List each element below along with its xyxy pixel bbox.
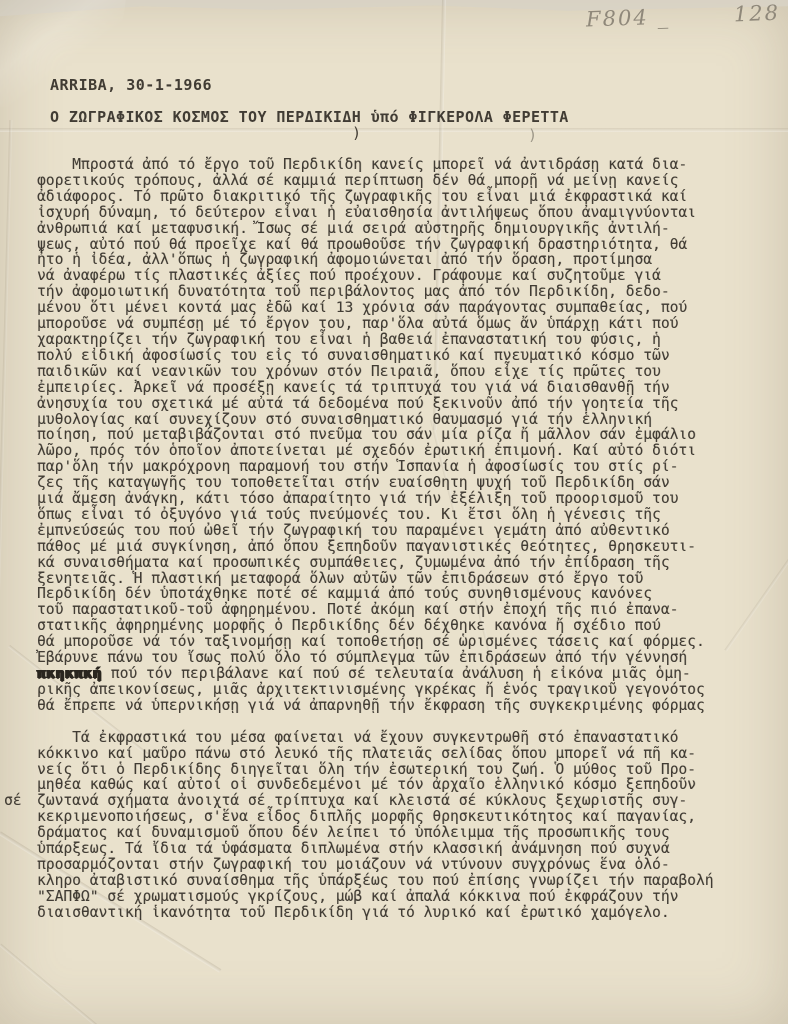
- text-line: μποροῦσε νά συμπέσῃ μέ τό ἔργον του, παρ…: [37, 316, 767, 332]
- document-title: Ο ΖΩΓΡΑΦΙΚΟΣ ΚΟΣΜΟΣ ΤΟΥ ΠΕΡΔΙΚΙΔΗ ὑπό ΦΙ…: [50, 108, 569, 126]
- text-line: λῶρο, πρός τόν ὁποῖον ἀποτείνεται μέ σχε…: [37, 443, 767, 459]
- text-line: ζες τῆς καταγωγῆς του τοποθετεῖται στήν …: [37, 475, 767, 491]
- typewritten-page: F804 _ 128 ARRIBA, 30-1-1966 Ο ΖΩΓΡΑΦΙΚΟ…: [0, 0, 788, 1024]
- text-line: ξενητειᾶς. Ἡ πλαστική μεταφορά ὅλων αὐτῶ…: [37, 571, 767, 587]
- pencil-annotation-number: 128: [733, 1, 780, 27]
- outdented-word: σέ: [4, 793, 22, 809]
- text-line: ποίηση, πού μεταβιβάζονται στό πνεῦμα το…: [37, 427, 767, 443]
- text-line: κά συναισθήματα καί προσωπικές συμπάθειε…: [37, 555, 767, 571]
- text-line: ἐμπειρίες. Ἀρκεῖ νά προσέξῃ κανείς τά τρ…: [37, 380, 767, 396]
- fold-crease-diagonal: [0, 944, 101, 1024]
- text-line: θά ἔπρεπε νά ὑπερνικήσῃ γιά νά ἀπαρνηθῇ …: [37, 698, 767, 714]
- text-line: τοῦ παραστατικοῦ-τοῦ ἀφηρημένου. Ποτέ ἀκ…: [37, 602, 767, 618]
- text-line: ἦτο ἡ ἰδέα, ἀλλ'ὅπως ἡ ζωγραφική ἀφομοιώ…: [37, 252, 767, 268]
- text-line: ἐμπνεύσεώς του πού ὠθεῖ τήν ζωγραφική το…: [37, 523, 767, 539]
- text-line: πκηκπκή πού τόν περιβάλανε καί πού σέ τε…: [37, 666, 767, 682]
- text-line: μηθέα καθώς καί αὐτοί οἱ συνδεδεμένοι μέ…: [37, 777, 767, 793]
- text-line: μένου ὅτι μένει κοντά μας ἐδῶ καί 13 χρό…: [37, 300, 767, 316]
- text-line: νείς ὅτι ὁ Περδικίδης διηγεῖται ὅλη τήν …: [37, 762, 767, 778]
- text-line: χαρακτηρίζει τήν ζωγραφική του εἶναι ἡ β…: [37, 332, 767, 348]
- text-line: ἀνθρωπιά καί μεταφυσική. Ἴσως σέ μιά σει…: [37, 221, 767, 237]
- text-line: Περδικίδη δέν ὑποτάχθηκε ποτέ σέ καμμιά …: [37, 586, 767, 602]
- text-line: παρ'ὅλη τήν μακρόχρονη παραμονή του στήν…: [37, 459, 767, 475]
- text-line: προσαρμόζονται στήν ζωγραφική του μοιάζο…: [37, 857, 767, 873]
- text-line: Ἐβάρυνε πάνω του ἴσως πολύ ὅλο τό σύμπλε…: [37, 650, 767, 666]
- text-line: θά μποροῦσε νά τόν ταξινομήσῃ καί τοποθε…: [37, 634, 767, 650]
- text-line: φορετικούς τρόπους, ἀλλά σέ καμμιά περίπ…: [37, 173, 767, 189]
- text-line: κόκκινο καί μαῦρο πάνω στό λευκό τῆς πλα…: [37, 746, 767, 762]
- text-line: νά ἀναφέρω τίς πλαστικές ἀξίες πού προέχ…: [37, 268, 767, 284]
- document-body: Μπροστά ἀπό τό ἔργο τοῦ Περδικίδη κανείς…: [37, 157, 767, 937]
- text-line: ὅπως εἶναι τό ὀξυγόνο γιά τούς πνεύμονές…: [37, 507, 767, 523]
- paragraph: Μπροστά ἀπό τό ἔργο τοῦ Περδικίδη κανείς…: [37, 157, 767, 714]
- text-line: τήν ἀφομοιωτική δυνατότητα τοῦ περιβάλον…: [37, 284, 767, 300]
- text-line: ὑπάρξεως. Τά ἴδια τά ὑφάσματα διπλωμένα …: [37, 841, 767, 857]
- pencil-annotation-code: F804 _: [586, 5, 671, 32]
- text-line: μυθολογίας καί συνεχίζουν στό συναισθημα…: [37, 412, 767, 428]
- paragraph: Τά ἐκφραστικά του μέσα φαίνεται νά ἔχουν…: [37, 730, 767, 921]
- text-line: πάθος μέ μιά συγκίνηση, ἀπό ὅπου ξεπηδοῦ…: [37, 539, 767, 555]
- text-line: παιδικῶν καί νεανικῶν του χρόνων στόν Πε…: [37, 364, 767, 380]
- text-line: πολύ εἰδική ἀφοσίωσίς του εἰς τό συναισθ…: [37, 348, 767, 364]
- fold-crease-horizontal: [0, 128, 788, 132]
- text-line: ἰσχυρή δύναμη, τό δεύτερον εἶναι ἡ εὐαισ…: [37, 205, 767, 221]
- text-line: ἀνησυχία του σχετικά μέ αὐτά τά δεδομένα…: [37, 396, 767, 412]
- dateline: ARRIBA, 30-1-1966: [50, 76, 212, 94]
- fold-crease-left: [0, 120, 12, 680]
- overstruck-word: πκηκπκή: [37, 665, 102, 682]
- text-line: διαισθαντική ἱκανότητα τοῦ Περδικίδη γιά…: [37, 905, 767, 921]
- text-line: σέζωντανά σχήματα ἀνοιχτά σέ τρίπτυχα κα…: [37, 793, 767, 809]
- stray-typed-mark: ): [528, 126, 537, 144]
- text-line: Μπροστά ἀπό τό ἔργο τοῦ Περδικίδη κανείς…: [37, 157, 767, 173]
- text-line: ἀδιάφορος. Τό πρῶτο διακριτικό τῆς ζωγρα…: [37, 189, 767, 205]
- text-line: μιά ἄμεση ἀνάγκη, κάτι τόσο ἀπαραίτητο γ…: [37, 491, 767, 507]
- corner-fold: [0, 0, 130, 122]
- text-line: στατικῆς ἀφηρημένης μορφῆς ὁ Περδικίδης …: [37, 618, 767, 634]
- text-line: Τά ἐκφραστικά του μέσα φαίνεται νά ἔχουν…: [37, 730, 767, 746]
- text-line: κληρο ἀταβιστικό συναίσθημα τῆς ὑπάρξέως…: [37, 873, 767, 889]
- text-line: δράματος καί δυναμισμοῦ ὅπου δέν λείπει …: [37, 825, 767, 841]
- text-line: ρικῆς ἀπεικονίσεως, μιᾶς ἀρχιτεκτινισμέν…: [37, 682, 767, 698]
- text-line: κεκριμενοποιήσεως, σ'ἕνα εἶδος διπλῆς μο…: [37, 809, 767, 825]
- text-line: "ΣΑΠΦΩ" σέ χρωματισμούς γκρίζους, μώβ κα…: [37, 889, 767, 905]
- stray-typed-mark: ): [352, 124, 361, 142]
